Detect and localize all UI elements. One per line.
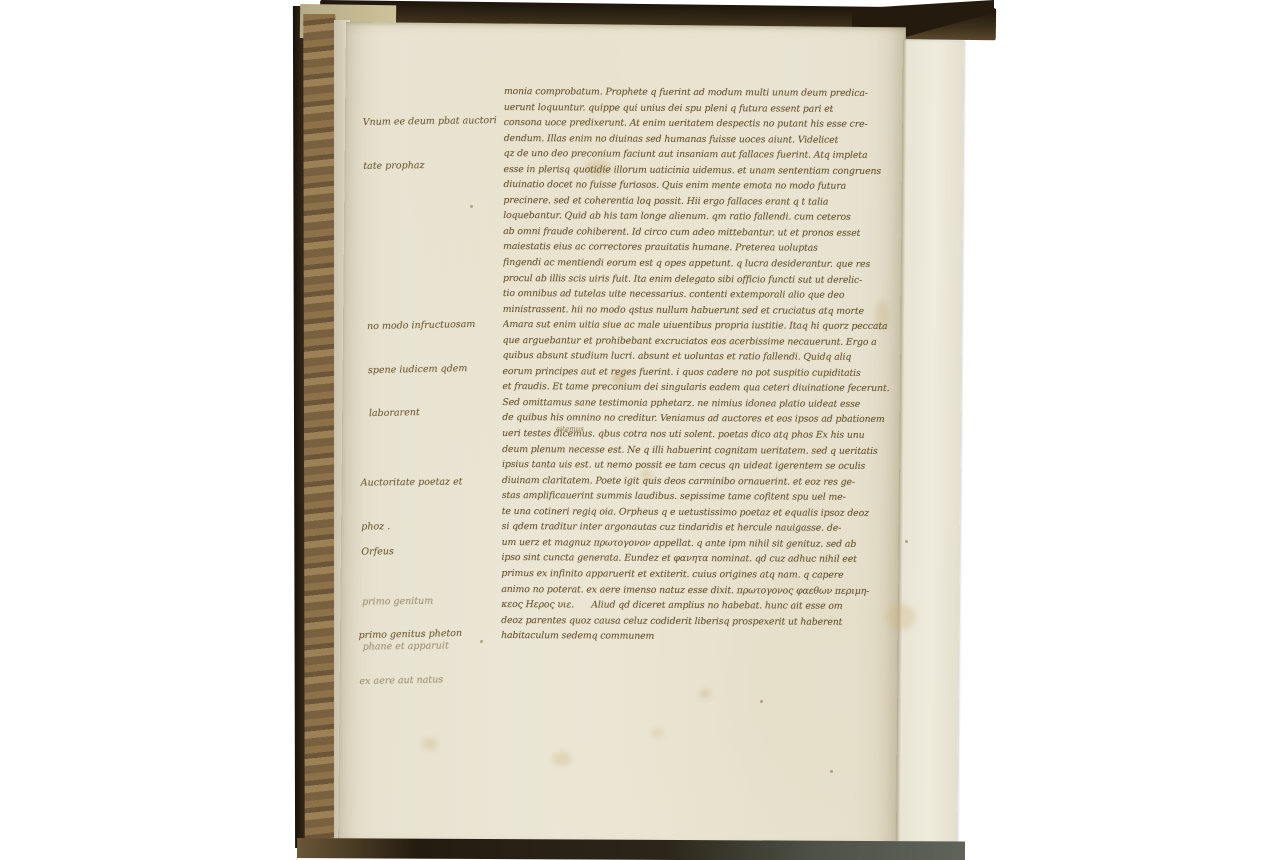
manuscript-text-line: monia comprobatum. Prophete q fuerint ad… bbox=[504, 84, 900, 102]
manuscript-text-line: ipsius tanta uis est. ut nemo possit ee … bbox=[502, 457, 898, 475]
manuscript-text-line: qz de uno deo preconium faciunt aut insa… bbox=[504, 146, 900, 164]
manuscript-text-line: habitaculum sedemq communem bbox=[501, 628, 897, 646]
margin-note-line: tate prophaz bbox=[363, 158, 497, 174]
interlinear-correction: citemus bbox=[556, 425, 584, 433]
photo-background: Vnum ee deum pbat auctori tate prophaz n… bbox=[0, 0, 1280, 860]
margin-note-line: Vnum ee deum pbat auctori bbox=[363, 114, 497, 130]
margin-note-line: spene iudicem qdem bbox=[368, 361, 477, 378]
margin-note-line: laborarent bbox=[369, 405, 478, 422]
manuscript-text-line: diuinatio docet no fuisse furiosos. Quis… bbox=[503, 177, 899, 195]
margin-note-line: Auctoritate poetaz et bbox=[361, 475, 463, 491]
manuscript-text-block: monia comprobatum. Prophete q fuerint ad… bbox=[501, 84, 900, 646]
manuscript-text-line: si qdem traditur inter argonautas cuz ti… bbox=[502, 519, 898, 537]
manuscript-text-line: quibus absunt studium lucri. absunt et u… bbox=[503, 348, 899, 366]
margin-note-line: no modo infructuosam bbox=[367, 318, 476, 335]
fore-edge-pages bbox=[896, 40, 964, 843]
manuscript-text-line: consona uoce predixerunt. At enim uerita… bbox=[504, 115, 900, 133]
margin-note-line-faded: ex aere aut natus bbox=[359, 672, 463, 689]
manuscript-text-line: tio omnibus ad tutelas uite necessarius.… bbox=[503, 286, 899, 304]
manuscript-text-line: κεος Ηερος υιε. Aliud qd diceret amplius… bbox=[501, 597, 897, 615]
margin-note-line: Orfeus bbox=[361, 544, 447, 560]
manuscript-text-line: Amara sut enim uitia siue ac male uiuent… bbox=[503, 317, 899, 335]
manuscript-text-line: stas amplificauerint summis laudibus. se… bbox=[502, 488, 898, 506]
manuscript-text-line: primus ex infinito apparuerit et extiter… bbox=[501, 566, 897, 584]
margin-note-one-god-prophets: Vnum ee deum pbat auctori tate prophaz bbox=[362, 85, 498, 203]
margin-note-line: primo genitus pheton bbox=[358, 627, 462, 644]
margin-note-prophets-labors: no modo infructuosam spene iudicem qdem … bbox=[366, 289, 478, 451]
margin-note-phaethon: primo genitus pheton ex aere aut natus bbox=[358, 598, 464, 718]
marbled-leaf-edge bbox=[303, 14, 336, 840]
manuscript-text-line: fingendi ac mentiendi eorum est q opes a… bbox=[503, 255, 899, 273]
book-cover-bottom-edge bbox=[297, 838, 965, 860]
